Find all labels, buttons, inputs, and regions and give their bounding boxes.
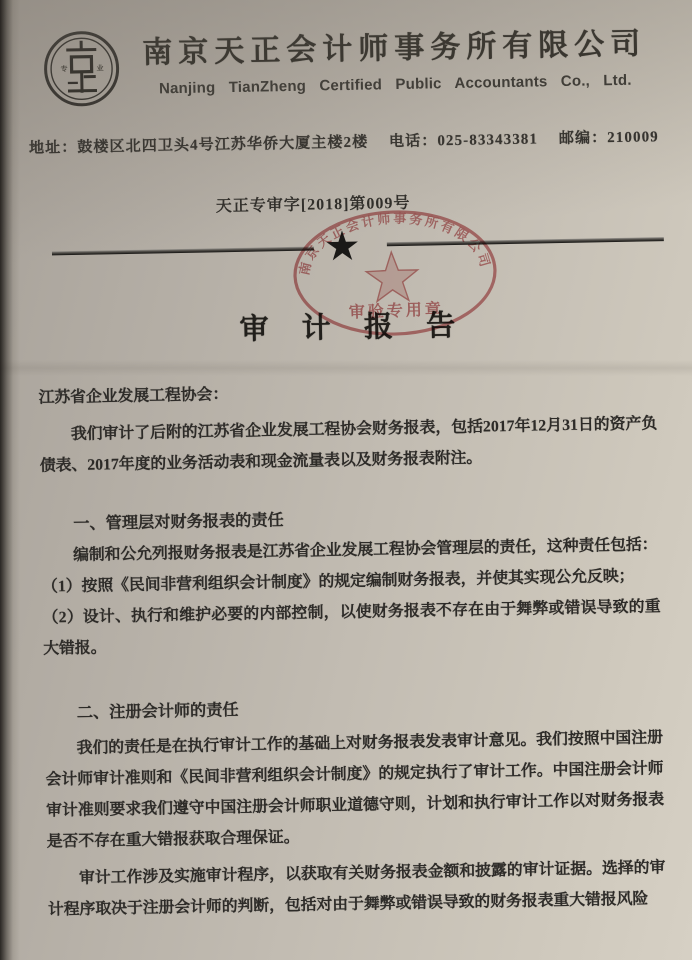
- company-name-en: Nanjing TianZheng Certified Public Accou…: [159, 72, 632, 98]
- phone-label: 电话：: [389, 133, 438, 150]
- scanned-audit-report-page: 专 业 南京天正会计师事务所有限公司 Nanjing TianZheng Cer…: [0, 0, 692, 960]
- seal-star-icon: [366, 251, 419, 302]
- document-content: 专 业 南京天正会计师事务所有限公司 Nanjing TianZheng Cer…: [0, 0, 692, 960]
- divider-rule-left: [52, 247, 314, 256]
- paragraph: （2）设计、执行和维护必要的内部控制，以使财务报表不存在由于舞弊或错误导致的重大…: [42, 591, 661, 664]
- seal-bottom-text: 审验专用章: [348, 299, 444, 321]
- paragraph: 我们的责任是在执行审计工作的基础上对财务报表发表审计意见。我们按照中国注册会计师…: [45, 722, 665, 857]
- company-name-zh: 南京天正会计师事务所有限公司: [142, 18, 647, 71]
- paragraph: 审计工作涉及实施审计程序，以获取有关财务报表金额和披露的审计证据。选择的审计程序…: [47, 852, 666, 925]
- phone-value: 025-83343381: [437, 131, 538, 149]
- svg-text:专: 专: [61, 64, 68, 73]
- address-label: 地址：: [29, 140, 78, 157]
- address-value: 鼓楼区北四卫头4号江苏华侨大厦主楼2楼: [77, 135, 368, 156]
- salutation: 江苏省企业发展工程协会：: [38, 371, 656, 413]
- postcode-label: 邮编：: [559, 130, 608, 147]
- red-company-seal: 南京天正会计师事务所有限公司 审验专用章: [286, 202, 505, 343]
- report-body: 江苏省企业发展工程协会： 我们审计了后附的江苏省企业发展工程协会财务报表，包括2…: [38, 371, 666, 925]
- intro-paragraph: 我们审计了后附的江苏省企业发展工程协会财务报表，包括2017年12月31日的资产…: [39, 408, 658, 481]
- company-logo-icon: 专 业: [40, 26, 124, 111]
- address-line: 地址：鼓楼区北四卫头4号江苏华侨大厦主楼2楼 电话：025-83343381 邮…: [29, 125, 659, 158]
- svg-text:业: 业: [97, 63, 104, 72]
- postcode-value: 210009: [607, 129, 659, 146]
